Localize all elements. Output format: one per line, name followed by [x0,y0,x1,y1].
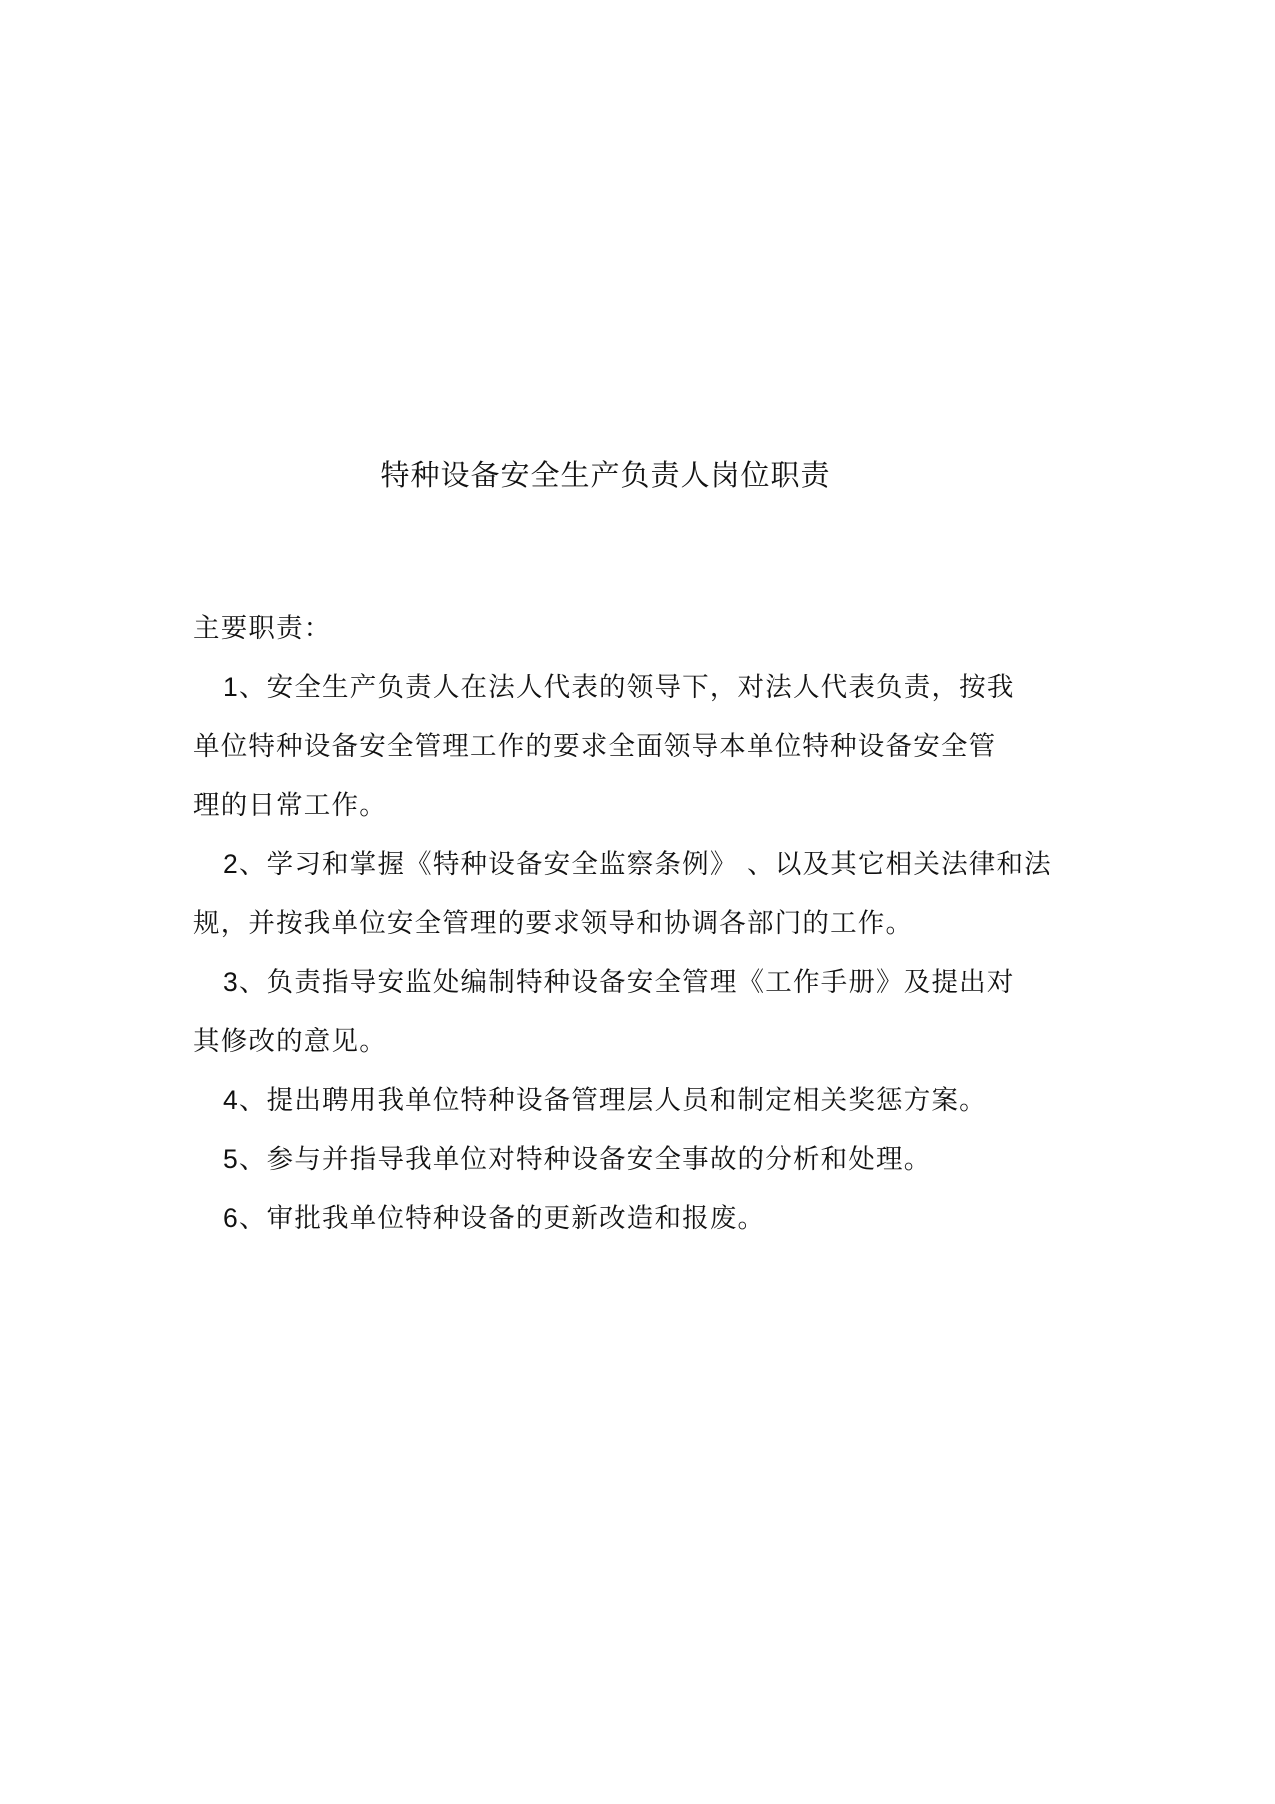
section-heading: 主要职责： [193,599,1093,658]
duty-item-line: 其修改的意见。 [193,1012,1093,1071]
duty-item-line: 4、提出聘用我单位特种设备管理层人员和制定相关奖惩方案。 [193,1071,1093,1130]
duty-item-number: 3 [223,967,239,997]
document-body: 主要职责： 1、安全生产负责人在法人代表的领导下，对法人代表负责，按我 单位特种… [193,599,1093,1248]
duty-item-number: 1 [223,672,239,702]
duty-item-4: 4、提出聘用我单位特种设备管理层人员和制定相关奖惩方案。 [193,1071,1093,1130]
duty-item-number: 4 [223,1085,239,1115]
duty-item-text: 、学习和掌握《特种设备安全监察条例》 、以及其它相关法律和法 [239,849,1052,880]
duty-item-text: 、参与并指导我单位对特种设备安全事故的分析和处理。 [239,1144,932,1175]
document-title: 特种设备安全生产负责人岗位职责 [0,455,1275,495]
duty-item-line: 理的日常工作。 [193,776,1093,835]
duty-item-text: 、安全生产负责人在法人代表的领导下，对法人代表负责，按我 [239,672,1015,703]
duty-item-number: 6 [223,1203,239,1233]
duty-item-6: 6、审批我单位特种设备的更新改造和报废。 [193,1189,1093,1248]
duty-item-2: 2、学习和掌握《特种设备安全监察条例》 、以及其它相关法律和法 规，并按我单位安… [193,835,1093,953]
document-page: 特种设备安全生产负责人岗位职责 主要职责： 1、安全生产负责人在法人代表的领导下… [0,0,1275,1804]
duty-item-text: 、审批我单位特种设备的更新改造和报废。 [239,1203,765,1234]
duty-item-line: 规，并按我单位安全管理的要求领导和协调各部门的工作。 [193,894,1093,953]
duty-item-line: 5、参与并指导我单位对特种设备安全事故的分析和处理。 [193,1130,1093,1189]
duty-item-line: 3、负责指导安监处编制特种设备安全管理《工作手册》及提出对 [193,953,1093,1012]
duty-item-line: 2、学习和掌握《特种设备安全监察条例》 、以及其它相关法律和法 [193,835,1093,894]
duty-item-number: 2 [223,849,239,879]
duty-item-3: 3、负责指导安监处编制特种设备安全管理《工作手册》及提出对 其修改的意见。 [193,953,1093,1071]
duty-item-line: 1、安全生产负责人在法人代表的领导下，对法人代表负责，按我 [193,658,1093,717]
duty-item-number: 5 [223,1144,239,1174]
duty-item-1: 1、安全生产负责人在法人代表的领导下，对法人代表负责，按我 单位特种设备安全管理… [193,658,1093,835]
duty-item-text: 、提出聘用我单位特种设备管理层人员和制定相关奖惩方案。 [239,1085,987,1116]
duty-item-line: 6、审批我单位特种设备的更新改造和报废。 [193,1189,1093,1248]
duty-item-text: 、负责指导安监处编制特种设备安全管理《工作手册》及提出对 [239,967,1015,998]
duty-item-5: 5、参与并指导我单位对特种设备安全事故的分析和处理。 [193,1130,1093,1189]
duty-item-line: 单位特种设备安全管理工作的要求全面领导本单位特种设备安全管 [193,717,1093,776]
